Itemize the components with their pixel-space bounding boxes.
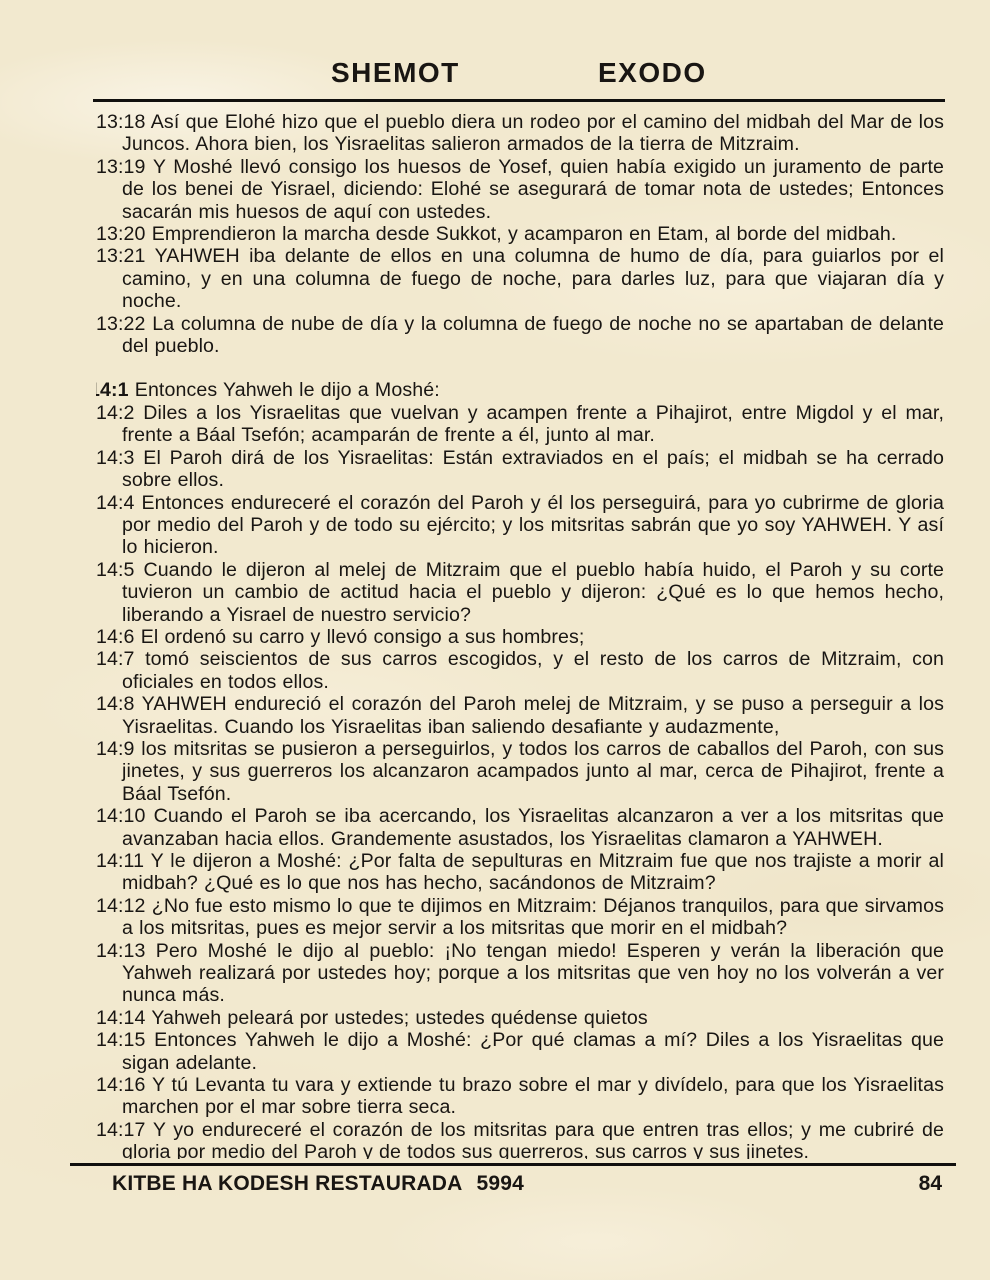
verse-13-22: 13:22 La columna de nube de día y la col… xyxy=(96,313,944,358)
verse-14-2: 14:2 Diles a los Yisraelitas que vuelvan… xyxy=(96,402,944,447)
verse-ref: 14:6 xyxy=(96,626,135,648)
page-number: 84 xyxy=(919,1172,942,1196)
verse-14-6: 14:6 El ordenó su carro y llevó consigo … xyxy=(96,626,944,648)
verse-13-19: 13:19 Y Moshé llevó consigo los huesos d… xyxy=(96,156,944,223)
verse-text: Pero Moshé le dijo al pueblo: ¡No tengan… xyxy=(122,940,944,1007)
verse-ref: 14:14 xyxy=(96,1007,146,1029)
verse-ref: 14:8 xyxy=(96,693,135,715)
footer-edition-year: 5994 xyxy=(477,1172,525,1196)
verse-ref: 14:9 xyxy=(96,738,135,760)
verse-text: Entonces endureceré el corazón del Paroh… xyxy=(122,492,944,559)
verse-text: Cuando le dijeron al melej de Mitzraim q… xyxy=(122,559,944,626)
verse-14-8: 14:8 YAHWEH endureció el corazón del Par… xyxy=(96,693,944,738)
verse-text: El ordenó su carro y llevó consigo a sus… xyxy=(135,626,585,648)
verse-14-1: 14:1 Entonces Yahweh le dijo a Moshé: xyxy=(96,379,944,401)
header-rule xyxy=(93,99,945,102)
verse-ref: 14:16 xyxy=(96,1074,146,1096)
verse-14-7: 14:7 tomó seiscientos de sus carros esco… xyxy=(96,648,944,693)
verse-text: Emprendieron la marcha desde Sukkot, y a… xyxy=(146,223,897,245)
verse-14-11: 14:11 Y le dijeron a Moshé: ¿Por falta d… xyxy=(96,850,944,895)
verse-14-4: 14:4 Entonces endureceré el corazón del … xyxy=(96,492,944,559)
verse-text: los mitsritas se pusieron a perseguirlos… xyxy=(122,738,944,805)
verse-14-13: 14:13 Pero Moshé le dijo al pueblo: ¡No … xyxy=(96,940,944,1007)
verse-ref: 13:19 xyxy=(96,156,146,178)
verse-text: Entonces Yahweh le dijo a Moshé: xyxy=(129,379,440,401)
verse-text: La columna de nube de día y la columna d… xyxy=(122,313,944,357)
verse-text: YAHWEH iba delante de ellos en una colum… xyxy=(122,245,944,312)
verse-ref: 14:2 xyxy=(96,402,135,424)
page-title-hebrew: SHEMOT xyxy=(331,57,460,89)
verse-ref: 14:4 xyxy=(96,492,135,514)
verse-text: Así que Elohé hizo que el pueblo diera u… xyxy=(122,111,944,155)
verse-ref: 14:15 xyxy=(96,1029,146,1051)
verse-ref: 14:11 xyxy=(96,850,144,872)
verse-text: Y le dijeron a Moshé: ¿Por falta de sepu… xyxy=(122,850,944,894)
verse-13-20: 13:20 Emprendieron la marcha desde Sukko… xyxy=(96,223,944,245)
verse-text: Y Moshé llevó consigo los huesos de Yose… xyxy=(122,156,944,223)
verse-text: tomó seiscientos de sus carros escogidos… xyxy=(122,648,944,692)
verse-13-21: 13:21 YAHWEH iba delante de ellos en una… xyxy=(96,245,944,312)
verse-ref: 14:7 xyxy=(96,648,135,670)
scanned-bible-page: SHEMOT EXODO 13:18 Así que Elohé hizo qu… xyxy=(0,0,990,1280)
verse-ref: 14:5 xyxy=(96,559,135,581)
verse-text: Entonces Yahweh le dijo a Moshé: ¿Por qu… xyxy=(122,1029,944,1073)
verse-13-18: 13:18 Así que Elohé hizo que el pueblo d… xyxy=(96,111,944,156)
verse-ref: 14:10 xyxy=(96,805,146,827)
verse-ref: 14:1 xyxy=(96,379,129,401)
verse-text: Y tú Levanta tu vara y extiende tu brazo… xyxy=(122,1074,944,1118)
verse-text: Cuando el Paroh se iba acercando, los Yi… xyxy=(122,805,944,849)
verse-ref: 13:20 xyxy=(96,223,146,245)
verse-14-12: 14:12 ¿No fue esto mismo lo que te dijim… xyxy=(96,895,944,940)
verse-text: Yahweh peleará por ustedes; ustedes quéd… xyxy=(146,1007,648,1029)
verse-ref: 14:17 xyxy=(96,1119,146,1141)
footer-edition-title: KITBE HA KODESH RESTAURADA xyxy=(112,1172,463,1196)
verse-14-5: 14:5 Cuando le dijeron al melej de Mitzr… xyxy=(96,559,944,626)
verse-14-10: 14:10 Cuando el Paroh se iba acercando, … xyxy=(96,805,944,850)
verse-text: YAHWEH endureció el corazón del Paroh me… xyxy=(122,693,944,737)
verse-ref: 13:21 xyxy=(96,245,146,267)
verse-14-16: 14:16 Y tú Levanta tu vara y extiende tu… xyxy=(96,1074,944,1119)
verse-ref: 13:18 xyxy=(96,111,146,133)
verse-ref: 14:12 xyxy=(96,895,146,917)
verse-14-14: 14:14 Yahweh peleará por ustedes; ustede… xyxy=(96,1007,944,1029)
verse-ref: 14:3 xyxy=(96,447,135,469)
verse-ref: 14:13 xyxy=(96,940,146,962)
verse-text: Diles a los Yisraelitas que vuelvan y ac… xyxy=(122,402,944,446)
verse-14-9: 14:9 los mitsritas se pusieron a persegu… xyxy=(96,738,944,805)
footer-rule xyxy=(70,1163,956,1166)
verse-text: Y yo endureceré el corazón de los mitsri… xyxy=(122,1119,944,1159)
verse-14-17: 14:17 Y yo endureceré el corazón de los … xyxy=(96,1119,944,1159)
page-title-spanish: EXODO xyxy=(598,57,707,89)
verse-14-3: 14:3 El Paroh dirá de los Yisraelitas: E… xyxy=(96,447,944,492)
footer-edition-line: KITBE HA KODESH RESTAURADA 5994 xyxy=(112,1172,524,1196)
verse-text: ¿No fue esto mismo lo que te dijimos en … xyxy=(122,895,944,939)
verse-14-15: 14:15 Entonces Yahweh le dijo a Moshé: ¿… xyxy=(96,1029,944,1074)
verse-ref: 13:22 xyxy=(96,313,146,335)
verse-text: El Paroh dirá de los Yisraelitas: Están … xyxy=(122,447,944,491)
verse-text-block: 13:18 Así que Elohé hizo que el pueblo d… xyxy=(96,111,944,1159)
